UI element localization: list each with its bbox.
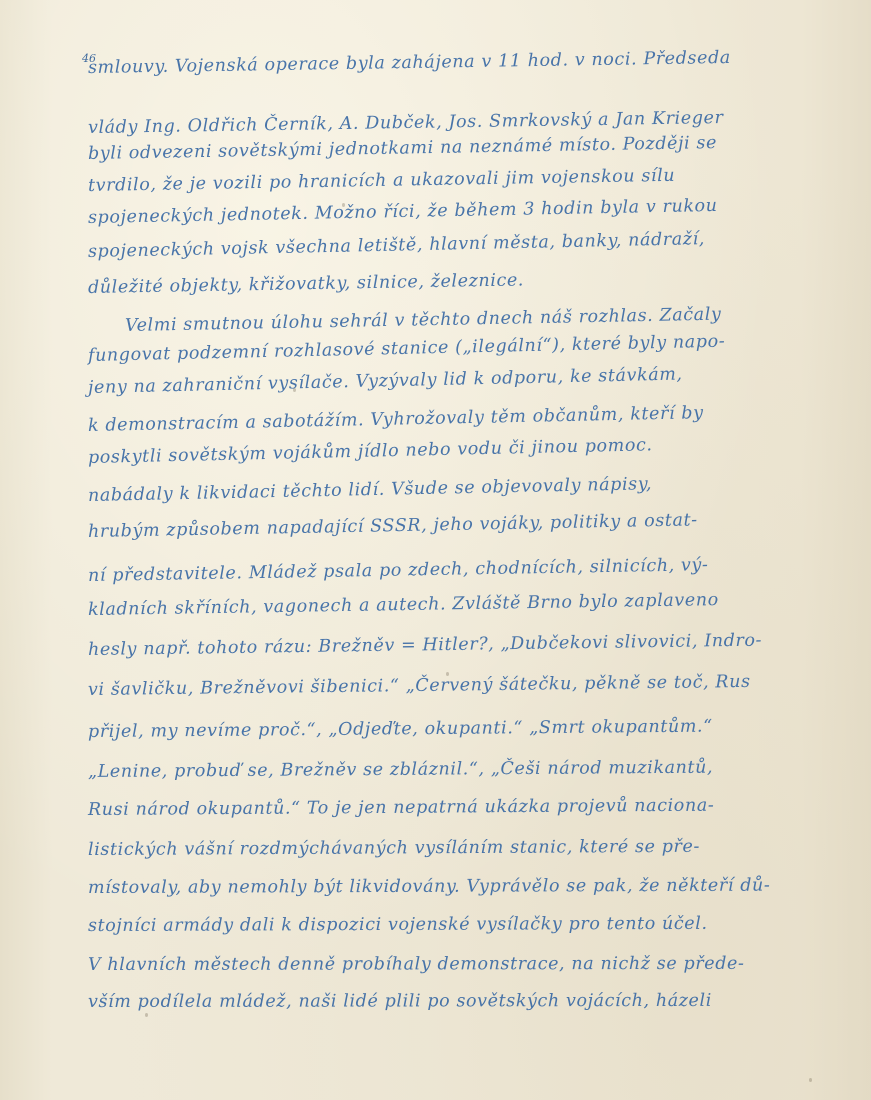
handwritten-line: ní představitele. Mládež psala po zdech,… [88,555,709,586]
document-page: 46 smlouvy. Vojenská operace byla zaháje… [0,0,871,1100]
handwritten-line: jeny na zahraniční vysílače. Vyzývaly li… [88,365,683,398]
paper-speck [145,1013,148,1017]
handwritten-line: V hlavních městech denně probíhaly demon… [88,954,745,975]
handwritten-line: kladních skříních, vagonech a autech. Zv… [88,590,719,620]
handwritten-line: vším podílela mládež, naši lidé plili po… [88,991,712,1012]
paper-speck [342,203,345,207]
handwritten-line: listických vášní rozdmýchávaných vysílán… [88,837,700,860]
handwritten-line: místovaly, aby nemohly být likvidovány. … [88,876,770,898]
handwritten-line: Velmi smutnou úlohu sehrál v těchto dnec… [125,305,722,336]
handwritten-line: spojeneckých vojsk všechna letiště, hlav… [88,229,705,262]
handwritten-line: vi šavličku, Brežněvovi šibenici.“ „Červ… [88,672,751,700]
handwritten-line: důležité objekty, křižovatky, silnice, ž… [88,270,524,298]
handwritten-line: smlouvy. Vojenská operace byla zahájena … [88,48,731,78]
handwritten-line: „Lenine, probuď se, Brežněv se zbláznil.… [88,758,713,782]
handwritten-line: poskytli sovětským vojákům jídlo nebo vo… [88,435,653,468]
handwritten-line: stojníci armády dali k dispozici vojensk… [88,914,708,936]
handwritten-line: hesly např. tohoto rázu: Brežněv = Hitle… [88,631,762,660]
handwritten-line: spojeneckých jednotek. Možno říci, že bě… [88,196,718,228]
handwritten-line: fungovat podzemní rozhlasové stanice („i… [88,332,726,366]
handwritten-line: tvrdilo, že je vozili po hranicích a uka… [88,166,676,196]
handwritten-line: vlády Ing. Oldřich Černík, A. Dubček, Jo… [88,108,724,138]
paper-speck [293,388,296,392]
handwritten-line: nabádaly k likvidaci těchto lidí. Všude … [88,474,653,506]
handwritten-line: Rusi národ okupantů.“ To je jen nepatrná… [88,796,714,820]
paper-speck [446,672,449,676]
handwritten-line: hrubým způsobem napadající SSSR, jeho vo… [88,510,698,542]
handwritten-line: k demonstracím a sabotážím. Vyhrožovaly … [88,403,704,436]
handwritten-line: byli odvezeni sovětskými jednotkami na n… [88,133,717,164]
paper-speck [809,1078,812,1082]
handwritten-line: přijel, my nevíme proč.“, „Odjeďte, okup… [88,717,713,742]
